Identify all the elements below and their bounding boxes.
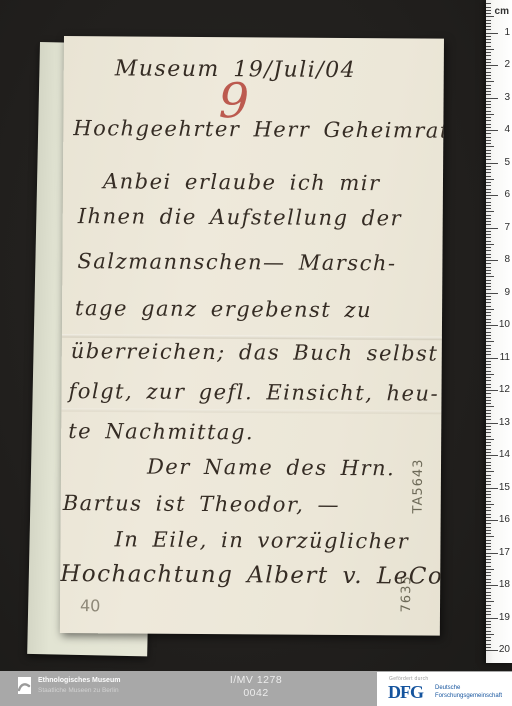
ruler-tick <box>486 351 491 352</box>
handwriting-line: In Eile, in vorzüglicher <box>114 527 409 553</box>
ruler-number: 4 <box>496 124 510 135</box>
ruler-tick <box>486 566 491 567</box>
ruler-tick <box>486 445 491 446</box>
ruler-tick <box>486 192 491 193</box>
ruler-tick <box>486 247 491 248</box>
ruler-tick <box>486 257 491 258</box>
ruler-number: 8 <box>496 254 510 265</box>
ruler-tick <box>486 598 491 599</box>
ruler-tick <box>486 536 494 537</box>
ruler-number: 6 <box>496 189 510 200</box>
ruler-tick <box>486 198 491 199</box>
ruler-tick <box>486 371 491 372</box>
ruler-tick <box>486 120 491 121</box>
ruler-tick <box>486 380 491 381</box>
ruler-tick <box>486 328 491 329</box>
ruler-tick <box>486 124 491 125</box>
ruler-tick <box>486 150 491 151</box>
ruler-tick <box>486 270 491 271</box>
ruler-tick <box>486 3 491 4</box>
ruler-tick <box>486 72 491 73</box>
ruler-tick <box>486 481 491 482</box>
ruler-tick <box>486 588 491 589</box>
ruler-number: 7 <box>496 222 510 233</box>
handwriting-line: überreichen; das Buch selbst <box>71 339 439 366</box>
ruler-tick <box>486 10 491 11</box>
ruler-tick <box>486 510 491 511</box>
dfg-logo: DFG <box>388 682 423 703</box>
ruler-tick <box>486 494 491 495</box>
ruler-tick <box>486 78 491 79</box>
ruler-tick <box>486 286 491 287</box>
ruler-number: 10 <box>496 319 510 330</box>
ruler-tick <box>486 46 491 47</box>
ruler-tick <box>486 159 491 160</box>
ruler-tick <box>486 133 491 134</box>
ruler-tick <box>486 403 491 404</box>
ruler-tick <box>486 484 491 485</box>
ruler-tick <box>486 107 491 108</box>
ruler-tick <box>486 137 491 138</box>
ruler-tick <box>486 208 491 209</box>
ruler-tick <box>486 59 491 60</box>
ruler-tick <box>486 572 491 573</box>
ruler-number: 20 <box>496 644 510 655</box>
ruler-tick <box>486 234 491 235</box>
ruler-tick <box>486 156 491 157</box>
ruler-tick <box>486 406 494 407</box>
ruler-tick <box>486 91 491 92</box>
ruler-tick <box>486 458 491 459</box>
ruler-tick <box>486 442 491 443</box>
ruler-tick <box>486 332 491 333</box>
ruler-tick <box>486 179 494 180</box>
ruler-tick <box>486 559 491 560</box>
ruler-tick <box>486 16 494 17</box>
dfg-funding-box: Gefördert durch DFG Deutsche Forschungsg… <box>377 672 512 706</box>
ruler-tick <box>486 527 491 528</box>
ruler-tick <box>486 579 491 580</box>
ruler-tick <box>486 627 491 628</box>
ruler-tick <box>486 244 494 245</box>
ruler-tick <box>486 504 494 505</box>
ruler-tick <box>486 436 491 437</box>
handwriting-line: te Nachmittag. <box>68 419 254 444</box>
ruler-tick <box>486 250 491 251</box>
handwriting-line: Hochgeehrter Herr Geheimrath, <box>73 116 444 143</box>
ruler-tick <box>486 624 491 625</box>
ruler-tick <box>486 393 491 394</box>
ruler-tick <box>486 614 491 615</box>
ruler-tick <box>486 595 491 596</box>
handwriting-line: tage ganz ergebenst zu <box>75 296 372 322</box>
ruler-tick <box>486 611 491 612</box>
ruler-tick <box>486 189 491 190</box>
ruler-tick <box>486 354 491 355</box>
ruler-tick <box>486 530 491 531</box>
ruler-tick <box>486 410 491 411</box>
ruler-tick <box>486 85 491 86</box>
ruler-tick <box>486 7 491 8</box>
ruler-tick <box>486 341 494 342</box>
dfg-name-line2: Forschungsgemeinschaft <box>435 693 502 701</box>
ruler-number: 11 <box>496 352 510 363</box>
letter-sheet: 9 TA5643 7635 40 Museum 19/Juli/04Hochge… <box>60 36 444 636</box>
ruler-tick <box>486 202 491 203</box>
ruler-tick <box>486 514 491 515</box>
ruler-tick <box>486 471 494 472</box>
ruler-tick <box>486 533 491 534</box>
ruler-tick <box>486 283 491 284</box>
ruler-tick <box>486 475 491 476</box>
ruler-tick <box>486 497 491 498</box>
ruler-tick <box>486 20 491 21</box>
ruler-tick <box>486 582 491 583</box>
ruler-tick <box>486 267 491 268</box>
ruler-number: 19 <box>496 612 510 623</box>
ruler-tick <box>486 549 491 550</box>
ruler-tick <box>486 42 491 43</box>
ruler-tick <box>486 13 491 14</box>
ruler-number: 5 <box>496 157 510 168</box>
ruler-tick <box>486 296 491 297</box>
ruler-tick <box>486 507 491 508</box>
ruler-tick <box>486 182 491 183</box>
ruler-tick <box>486 289 491 290</box>
ruler-tick <box>486 426 491 427</box>
dfg-name-line1: Deutsche <box>435 685 502 693</box>
ruler-tick <box>486 345 491 346</box>
ruler-tick <box>486 462 491 463</box>
ruler-tick <box>486 172 491 173</box>
ruler-tick <box>486 361 491 362</box>
ruler-number: 15 <box>496 482 510 493</box>
dfg-name: Deutsche Forschungsgemeinschaft <box>435 685 502 700</box>
ruler-tick <box>486 302 491 303</box>
ruler-tick <box>486 94 491 95</box>
ruler-tick <box>486 491 491 492</box>
ruler-number: 14 <box>496 449 510 460</box>
ruler-tick <box>486 543 491 544</box>
ruler-number: 3 <box>496 92 510 103</box>
ruler-tick <box>486 254 491 255</box>
ruler-tick <box>486 647 491 648</box>
ruler-tick <box>486 29 491 30</box>
ruler-number: 1 <box>496 27 510 38</box>
ruler-tick <box>486 276 494 277</box>
ruler-tick <box>486 432 491 433</box>
handwriting-line: Salzmannschen— Marsch- <box>77 249 396 275</box>
ruler-tick <box>486 569 494 570</box>
ruler-number: 9 <box>496 287 510 298</box>
ruler-tick <box>486 263 491 264</box>
ruler-tick <box>486 387 491 388</box>
ruler-tick <box>486 601 494 602</box>
ruler-tick <box>486 309 494 310</box>
ruler-tick <box>486 215 491 216</box>
ruler-tick <box>486 348 491 349</box>
ruler-tick <box>486 153 491 154</box>
ruler-tick <box>486 117 491 118</box>
ruler-tick <box>486 338 491 339</box>
ruler-tick <box>486 644 491 645</box>
pencil-page-number: 40 <box>80 596 100 615</box>
ruler-tick <box>486 218 491 219</box>
ruler-tick <box>486 319 491 320</box>
ruler-tick <box>486 49 494 50</box>
ruler-tick <box>486 397 491 398</box>
ruler-tick <box>486 306 491 307</box>
ruler-tick <box>486 631 491 632</box>
ruler-tick <box>486 439 494 440</box>
ruler-tick <box>486 605 491 606</box>
ruler-tick <box>486 592 491 593</box>
handwriting-line: Bartus ist Theodor, — <box>63 491 340 517</box>
ruler-number: 13 <box>496 417 510 428</box>
handwriting-line: Anbei erlaube ich mir <box>103 169 381 195</box>
ruler-tick <box>486 322 491 323</box>
ruler-tick <box>486 335 491 336</box>
ruler-tick <box>486 221 491 222</box>
ruler-tick <box>486 478 491 479</box>
handwriting-line: Ihnen die Aufstellung der <box>78 204 403 230</box>
ruler-tick <box>486 104 491 105</box>
handwriting-line: Hochachtung Albert v. LeCoq <box>60 561 444 590</box>
footer-bar: Ethnologisches Museum Staatliche Museen … <box>0 671 512 706</box>
ruler-tick <box>486 452 491 453</box>
ruler-tick <box>486 312 491 313</box>
ruler-tick <box>486 465 491 466</box>
archival-scan-page: cm 1234567891011121314151617181920 9 TA5… <box>0 0 512 706</box>
ruler-tick <box>486 273 491 274</box>
ruler-tick <box>486 637 491 638</box>
ruler-tick <box>486 127 491 128</box>
ruler-tick <box>486 169 491 170</box>
ruler-tick <box>486 146 494 147</box>
ruler-tick <box>486 75 491 76</box>
ruler-tick <box>486 416 491 417</box>
ruler-unit-label: cm <box>495 6 509 17</box>
ruler-tick <box>486 81 494 82</box>
ruler-tick <box>486 556 491 557</box>
ruler-tick <box>486 88 491 89</box>
ruler-tick <box>486 211 494 212</box>
ruler-tick <box>486 166 491 167</box>
ruler-tick <box>486 101 491 102</box>
ruler-tick <box>486 377 491 378</box>
ruler-tick <box>486 176 491 177</box>
ruler-tick <box>486 39 491 40</box>
ruler-tick <box>486 621 491 622</box>
ruler-tick <box>486 364 491 365</box>
ruler-tick <box>486 546 491 547</box>
ruler-tick <box>486 449 491 450</box>
handwriting-line: folgt, zur gefl. Einsicht, heu- <box>68 379 439 406</box>
ruler-tick <box>486 419 491 420</box>
ruler-tick <box>486 501 491 502</box>
ruler-tick <box>486 111 491 112</box>
ruler-tick <box>486 237 491 238</box>
ruler-tick <box>486 36 491 37</box>
ruler-tick <box>486 517 491 518</box>
ruler-tick <box>486 143 491 144</box>
ruler-tick <box>486 280 491 281</box>
ruler-tick <box>486 140 491 141</box>
ruler-tick <box>486 634 494 635</box>
ruler-tick <box>486 23 491 24</box>
ruler-tick <box>486 62 491 63</box>
ruler-tick <box>486 374 494 375</box>
ruler-tick <box>486 299 491 300</box>
ruler-tick <box>486 241 491 242</box>
ruler-tick <box>486 562 491 563</box>
ruler-tick <box>486 413 491 414</box>
handwriting-line: Der Name des Hrn. <box>147 455 395 481</box>
ruler-number: 16 <box>496 514 510 525</box>
ruler-tick <box>486 224 491 225</box>
ruler-tick <box>486 367 491 368</box>
ruler-tick <box>486 429 491 430</box>
ruler-tick <box>486 523 491 524</box>
ruler-tick <box>486 185 491 186</box>
ruler-tick <box>486 608 491 609</box>
ruler-number: 17 <box>496 547 510 558</box>
handwriting-line: Museum 19/Juli/04 <box>115 56 357 83</box>
ruler-tick <box>486 384 491 385</box>
ruler-tick <box>486 468 491 469</box>
ruler-tick <box>486 26 491 27</box>
ruler-tick <box>486 575 491 576</box>
ruler-tick <box>486 315 491 316</box>
ruler-number: 12 <box>496 384 510 395</box>
ruler-tick <box>486 68 491 69</box>
ruler-number: 2 <box>496 59 510 70</box>
fold-crease <box>61 408 441 415</box>
ruler-tick <box>486 540 491 541</box>
ruler-tick <box>486 114 494 115</box>
ruler-tick <box>486 400 491 401</box>
ruler-tick <box>486 231 491 232</box>
ruler-tick <box>486 55 491 56</box>
ruler-tick <box>486 52 491 53</box>
ruler-tick <box>486 640 491 641</box>
ruler-tick <box>486 205 491 206</box>
ruler-number: 18 <box>496 579 510 590</box>
margin-note-top: TA5643 <box>411 458 426 513</box>
cm-ruler: cm 1234567891011121314151617181920 <box>486 0 512 663</box>
